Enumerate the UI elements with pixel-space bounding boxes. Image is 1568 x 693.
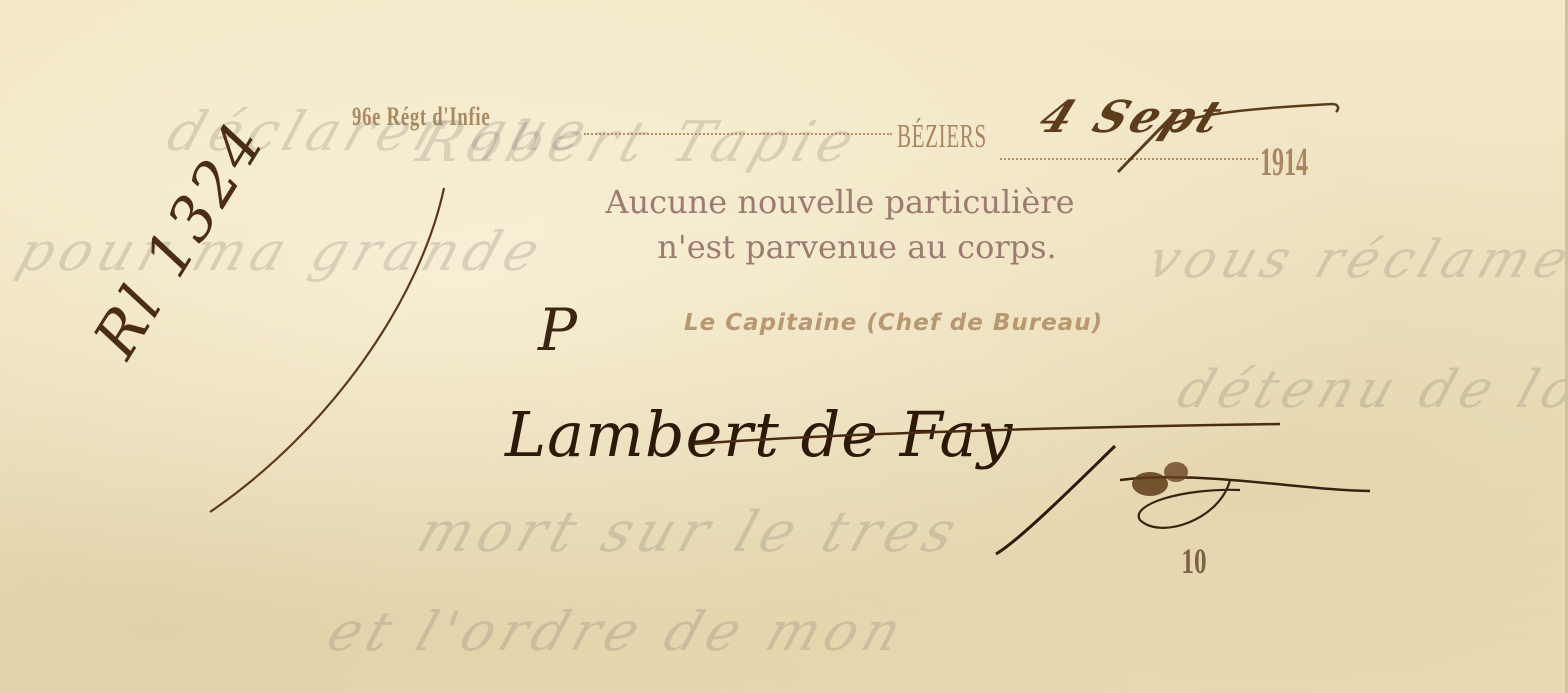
- regiment-stamp: 96e Régt d'Infie: [352, 102, 490, 132]
- stamp-message-line-2: n'est parvenue au corps.: [544, 225, 1170, 270]
- year-stamp: 1914: [1260, 138, 1308, 185]
- ink-blot: [1164, 462, 1188, 482]
- signature: Lambert de Fay: [505, 398, 1013, 471]
- bleed-through-text: vous réclame: [1140, 230, 1568, 290]
- bleed-through-text: détenu de longtemps: [1170, 360, 1568, 420]
- ink-blot: [1132, 472, 1168, 496]
- city-stamp: BÉZIERS: [897, 118, 987, 156]
- bleed-through-text: pour ma grande: [10, 220, 554, 283]
- dotted-rule: [584, 133, 892, 135]
- bleed-through-text: mort sur le tres: [409, 500, 969, 565]
- signatory-title-stamp: Le Capitaine (Chef de Bureau): [684, 310, 1103, 336]
- signature-loop: [1139, 480, 1240, 528]
- handwritten-date: 4 Sept: [1032, 92, 1233, 143]
- document-page: déclarer que Robert Tapie pour ma grande…: [0, 0, 1568, 693]
- dotted-rule: [1000, 158, 1258, 160]
- signature-underline: [1120, 477, 1370, 491]
- stray-ink-mark: 10: [1181, 540, 1206, 582]
- stamp-message-line-1: Aucune nouvelle particulière: [510, 180, 1170, 225]
- per-initial: P: [538, 296, 577, 364]
- stamp-header: 96e Régt d'Infie BÉZIERS 1914 4 Sept: [352, 96, 1332, 176]
- stamp-message: Aucune nouvelle particulière n'est parve…: [510, 180, 1170, 270]
- signature-descender: [996, 446, 1115, 554]
- bleed-through-text: et l'ordre de mon: [320, 600, 915, 663]
